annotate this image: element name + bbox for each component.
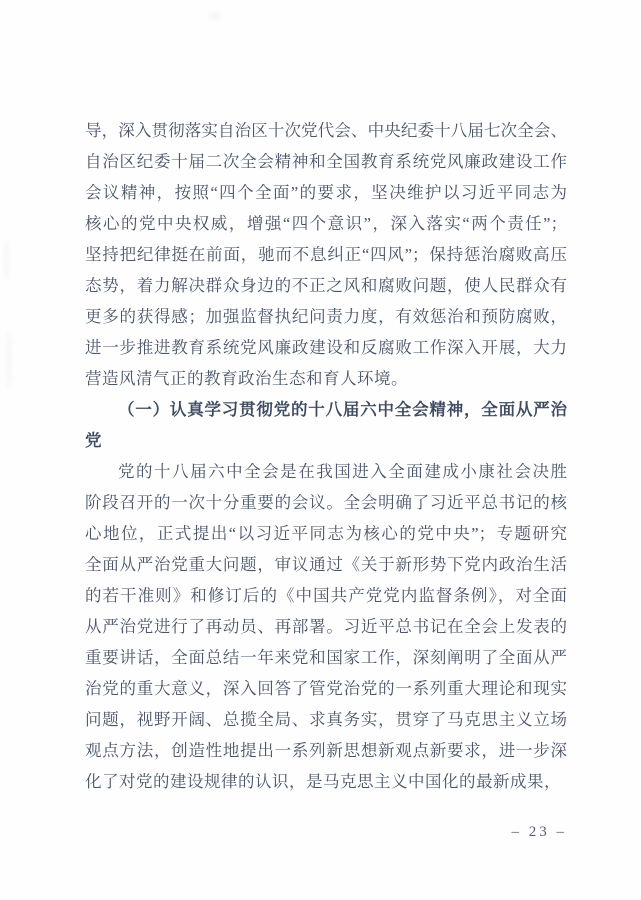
text-line: 的若干准则》和修订后的《中国共产党党内监督条例》，对全面 <box>85 580 567 611</box>
text-line: 进一步推进教育系统党风廉政建设和反腐败工作深入开展，大力 <box>85 332 567 363</box>
section-heading-line: （一）认真学习贯彻党的十八届六中全会精神，全面从严治 <box>85 394 567 425</box>
text-line: 阶段召开的一次十分重要的会议。全会明确了习近平总书记的核 <box>85 487 567 518</box>
text-line: 观点方法，创造性地提出一系列新思想新观点新要求，进一步深 <box>85 735 567 766</box>
text-line: 治党的重大意义，深入回答了管党治党的一系列重大理论和现实 <box>85 673 567 704</box>
text-line: 心地位，正式提出“以习近平同志为核心的党中央”；专题研究 <box>85 518 567 549</box>
text-line: 全面从严治党重大问题，审议通过《关于新形势下党内政治生活 <box>85 549 567 580</box>
text-line: 重要讲话，全面总结一年来党和国家工作，深刻阐明了全面从严 <box>85 642 567 673</box>
text-line: 导，深入贯彻落实自治区十次党代会、中央纪委十八届七次全会、 <box>85 115 567 146</box>
text-line: 坚持把纪律挺在前面，驰而不息纠正“四风”；保持惩治腐败高压 <box>85 239 567 270</box>
section-heading-line: 党 <box>85 425 567 456</box>
text-line: 态势，着力解决群众身边的不正之风和腐败问题，使人民群众有 <box>85 270 567 301</box>
text-line: 核心的党中央权威，增强“四个意识”，深入落实“两个责任”； <box>85 208 567 239</box>
text-line: 会议精神，按照“四个全面”的要求，坚决维护以习近平同志为 <box>85 177 567 208</box>
page-number: – 23 – <box>0 824 567 841</box>
document-page: 导，深入贯彻落实自治区十次党代会、中央纪委十八届七次全会、 自治区纪委十届二次全… <box>0 0 641 900</box>
document-body: 导，深入贯彻落实自治区十次党代会、中央纪委十八届七次全会、 自治区纪委十届二次全… <box>85 115 567 797</box>
text-line: 从严治党进行了再动员、再部署。习近平总书记在全会上发表的 <box>85 611 567 642</box>
text-line: 更多的获得感；加强监督执纪问责力度，有效惩治和预防腐败， <box>85 301 567 332</box>
text-line: 化了对党的建设规律的认识，是马克思主义中国化的最新成果， <box>85 766 567 797</box>
text-line: 营造风清气正的教育政治生态和育人环境。 <box>85 363 567 394</box>
scan-smudge <box>6 330 12 390</box>
scan-smudge <box>4 240 9 280</box>
text-line: 自治区纪委十届二次全会精神和全国教育系统党风廉政建设工作 <box>85 146 567 177</box>
text-line: 问题，视野开阔、总揽全局、求真务实，贯穿了马克思主义立场 <box>85 704 567 735</box>
scan-smudge <box>208 12 222 20</box>
text-line: 党的十八届六中全会是在我国进入全面建成小康社会决胜 <box>85 456 567 487</box>
